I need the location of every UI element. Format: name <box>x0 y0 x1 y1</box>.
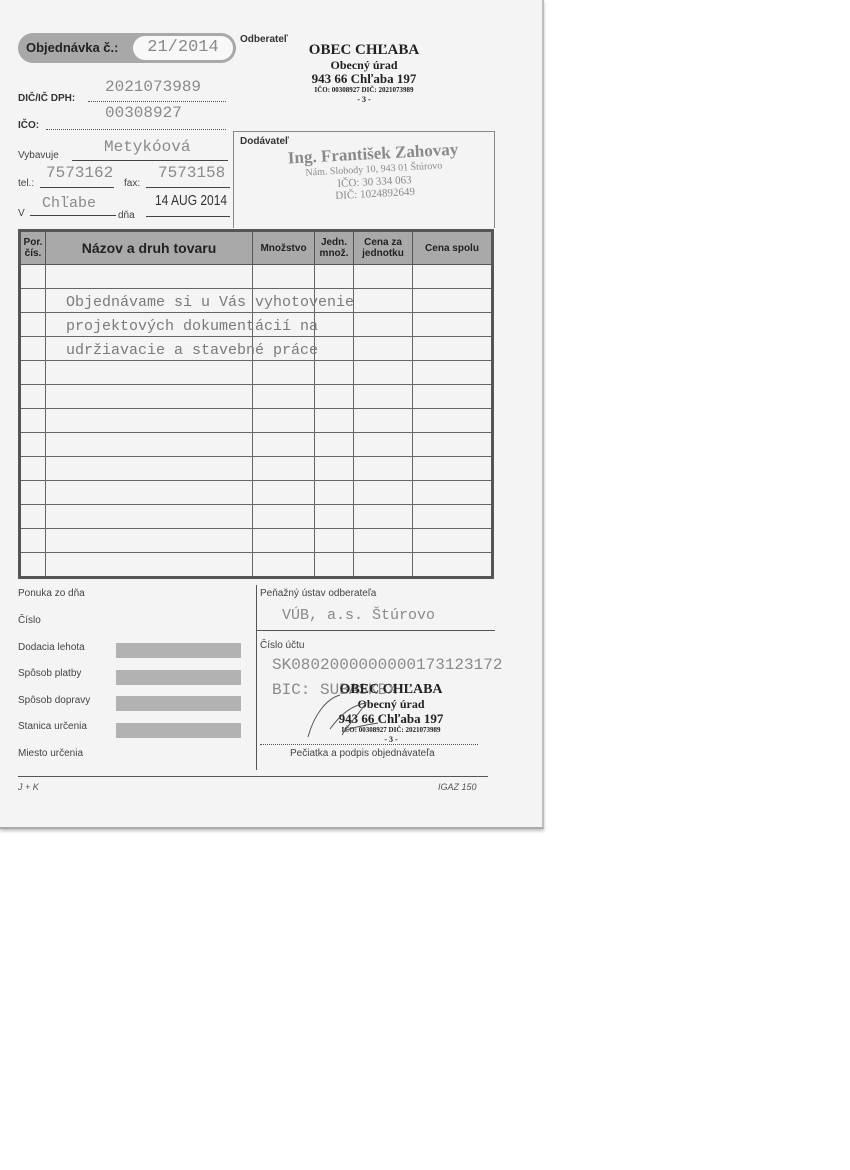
table-cell <box>413 480 493 504</box>
dodavatel-box: Dodávateľ Ing. František Zahovay Nám. Sl… <box>233 131 495 228</box>
bottom-line <box>18 776 488 777</box>
table-cell <box>253 504 315 528</box>
table-cell <box>46 504 253 528</box>
table-cell <box>354 265 413 289</box>
form-code: IGAZ 150 <box>438 782 477 792</box>
table-cell <box>413 504 493 528</box>
table-cell <box>315 480 354 504</box>
table-cell <box>354 552 413 577</box>
table-cell <box>20 312 46 336</box>
table-row <box>20 552 493 577</box>
field-ponuka: Ponuka zo dňa <box>18 588 85 599</box>
header-por-cis: Por. čís. <box>20 231 46 265</box>
table-cell <box>20 265 46 289</box>
table-cell <box>46 480 253 504</box>
field-sposob-dopravy: Spôsob dopravy <box>18 695 90 706</box>
table-cell <box>20 360 46 384</box>
table-row <box>20 480 493 504</box>
tel-label: tel.: <box>18 178 34 189</box>
fax-line <box>146 186 230 188</box>
table-cell <box>253 456 315 480</box>
table-cell <box>315 408 354 432</box>
table-cell <box>20 432 46 456</box>
table-cell <box>46 432 253 456</box>
description-line: projektových dokumentácií na <box>66 318 318 335</box>
table-cell <box>413 265 493 289</box>
table-cell <box>315 360 354 384</box>
field-stanica-urcenia: Stanica určenia <box>18 721 87 732</box>
stanica-urcenia-bar <box>116 723 241 738</box>
table-cell <box>354 288 413 312</box>
bank-label: Peňažný ústav odberateľa <box>260 588 376 599</box>
table-cell <box>413 456 493 480</box>
table-cell <box>20 480 46 504</box>
table-cell <box>253 384 315 408</box>
table-cell <box>315 456 354 480</box>
header-cena-za-jednotku: Cena za jednotku <box>354 231 413 265</box>
order-number-pill: Objednávka č.: 21/2014 <box>18 33 236 63</box>
table-cell <box>315 552 354 577</box>
odberatel-stamp: OBEC CHĽABA Obecný úrad 943 66 Chľaba 19… <box>290 42 438 104</box>
table-cell <box>354 504 413 528</box>
description-line: Objednávame si u Vás vyhotovenie <box>66 294 354 311</box>
field-dodacia-lehota: Dodacia lehota <box>18 642 85 653</box>
table-cell <box>413 384 493 408</box>
vybavuje-value: Metykóová <box>104 138 190 156</box>
stamp-line: OBEC CHĽABA <box>290 42 438 59</box>
table-cell <box>354 432 413 456</box>
table-cell <box>315 336 354 360</box>
table-row <box>20 408 493 432</box>
table-cell <box>253 265 315 289</box>
table-cell <box>354 408 413 432</box>
table-cell <box>253 528 315 552</box>
table-cell <box>253 480 315 504</box>
v-value: Chľabe <box>42 195 96 212</box>
header-cena-spolu: Cena spolu <box>413 231 493 265</box>
dna-label: dňa <box>118 210 135 221</box>
dic-value: 2021073989 <box>105 78 201 96</box>
fax-label: fax: <box>124 178 140 189</box>
ico-label: IČO: <box>18 120 39 131</box>
table-cell <box>315 384 354 408</box>
dic-line <box>88 100 226 102</box>
dodavatel-label: Dodávateľ <box>240 136 289 147</box>
items-table: Por. čís. Názov a druh tovaru Množstvo J… <box>18 229 494 579</box>
dodavatel-stamp: Ing. František Zahovay Nám. Slobody 10, … <box>263 138 486 205</box>
v-label: V <box>18 208 25 219</box>
signature-line <box>260 743 478 745</box>
table-cell <box>315 312 354 336</box>
table-cell <box>253 408 315 432</box>
stamp-line: IČO: 00308927 DIČ: 2021073989 <box>290 86 438 95</box>
table-row <box>20 504 493 528</box>
table-cell <box>20 504 46 528</box>
table-cell <box>20 408 46 432</box>
tel-line <box>40 186 114 188</box>
table-cell <box>413 336 493 360</box>
table-cell <box>20 336 46 360</box>
table-cell <box>315 504 354 528</box>
table-cell <box>46 360 253 384</box>
table-cell <box>413 360 493 384</box>
account-label: Číslo účtu <box>260 640 304 651</box>
field-cislo: Číslo <box>18 615 41 626</box>
bottom-left-mark: J + K <box>18 782 39 792</box>
stamp-line: - 3 - <box>290 95 438 104</box>
signature-icon <box>300 685 390 745</box>
table-cell <box>315 432 354 456</box>
bank-line <box>257 630 495 631</box>
table-row <box>20 265 493 289</box>
table-cell <box>354 480 413 504</box>
table-cell <box>413 408 493 432</box>
header-jedn-mnoz: Jedn. množ. <box>315 231 354 265</box>
account-value: SK0802000000000173123172 <box>272 656 502 674</box>
table-cell <box>413 432 493 456</box>
ico-value: 00308927 <box>105 104 182 122</box>
table-cell <box>413 288 493 312</box>
table-row <box>20 384 493 408</box>
table-header-row: Por. čís. Názov a druh tovaru Množstvo J… <box>20 231 493 265</box>
table-cell <box>46 265 253 289</box>
table-cell <box>315 265 354 289</box>
table-cell <box>413 312 493 336</box>
table-cell <box>46 408 253 432</box>
table-row <box>20 456 493 480</box>
table-cell <box>354 360 413 384</box>
table-row <box>20 360 493 384</box>
date-value: 14 AUG 2014 <box>155 192 227 209</box>
table-cell <box>253 552 315 577</box>
table-row <box>20 528 493 552</box>
table-cell <box>354 456 413 480</box>
vybavuje-label: Vybavuje <box>18 150 59 161</box>
table-cell <box>354 528 413 552</box>
table-cell <box>46 384 253 408</box>
v-line <box>30 214 116 216</box>
description-line: udržiavacie a stavebné práce <box>66 342 318 359</box>
table-cell <box>253 360 315 384</box>
order-number-label: Objednávka č.: <box>26 40 118 55</box>
table-cell <box>20 456 46 480</box>
table-cell <box>253 432 315 456</box>
bank-value: VÚB, a.s. Štúrovo <box>282 607 435 624</box>
table-cell <box>46 456 253 480</box>
table-cell <box>20 552 46 577</box>
dodacia-lehota-bar <box>116 643 241 658</box>
order-form-paper: Objednávka č.: 21/2014 Odberateľ OBEC CH… <box>0 0 544 829</box>
tel-value: 7573162 <box>46 164 113 182</box>
table-cell <box>354 384 413 408</box>
field-miesto-urcenia: Miesto určenia <box>18 748 83 759</box>
header-nazov: Názov a druh tovaru <box>46 231 253 265</box>
table-cell <box>46 552 253 577</box>
footer-divider <box>256 585 257 770</box>
table-row <box>20 432 493 456</box>
field-sposob-platby: Spôsob platby <box>18 668 81 679</box>
table-cell <box>354 336 413 360</box>
table-cell <box>20 288 46 312</box>
sposob-dopravy-bar <box>116 696 241 711</box>
vybavuje-line <box>72 159 228 161</box>
table-cell <box>20 384 46 408</box>
odberatel-label: Odberateľ <box>240 34 288 45</box>
fax-value: 7573158 <box>158 164 225 182</box>
dic-label: DIČ/IČ DPH: <box>18 93 75 104</box>
header-mnozstvo: Množstvo <box>253 231 315 265</box>
table-cell <box>20 528 46 552</box>
table-cell <box>46 528 253 552</box>
order-number-value: 21/2014 <box>133 36 233 60</box>
table-cell <box>315 528 354 552</box>
table-cell <box>354 312 413 336</box>
ico-line <box>46 128 226 130</box>
table-cell <box>413 552 493 577</box>
sposob-platby-bar <box>116 670 241 685</box>
dna-line <box>146 215 230 217</box>
stamp-line: 943 66 Chľaba 197 <box>290 72 438 86</box>
signature-label: Pečiatka a podpis objednávateľa <box>290 748 435 759</box>
table-cell <box>413 528 493 552</box>
